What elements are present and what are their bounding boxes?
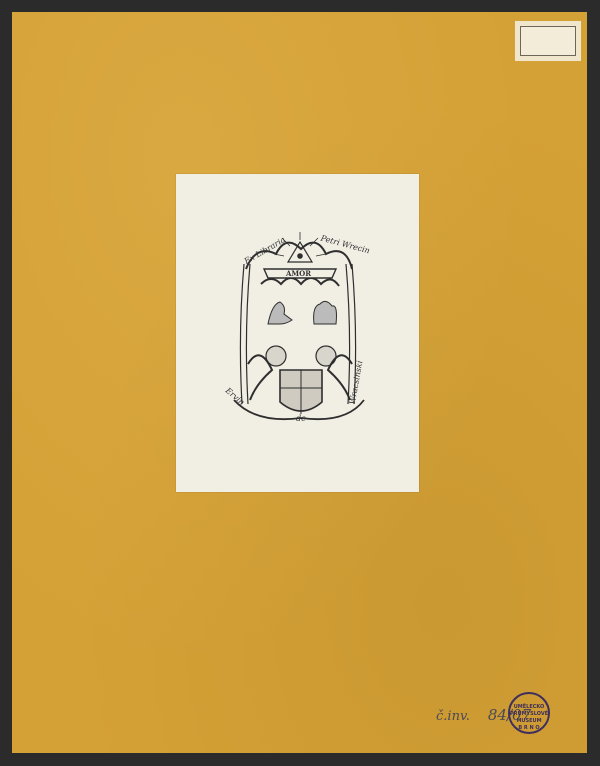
inventory-prefix: č.inv.: [436, 709, 470, 724]
stamp-line-3: MUSEUM: [510, 718, 548, 725]
bookplate: Ex Libraria Petri Wrecin AMOR Ervin de W…: [176, 174, 419, 492]
blank-label-box: [515, 21, 581, 61]
stamp-line-2: PRŮMYSLOVÉ: [510, 711, 548, 718]
inscription-bottom-center: de: [296, 414, 306, 423]
museum-stamp: UMĚLECKO PRŮMYSLOVÉ MUSEUM B R N O: [508, 692, 550, 734]
stamp-line-4: B R N O: [510, 725, 548, 732]
heraldic-engraving-icon: [176, 174, 419, 492]
stamp-line-1: UMĚLECKO: [510, 704, 548, 711]
label-box-inner: [520, 26, 576, 56]
banner-text: AMOR: [286, 269, 311, 278]
